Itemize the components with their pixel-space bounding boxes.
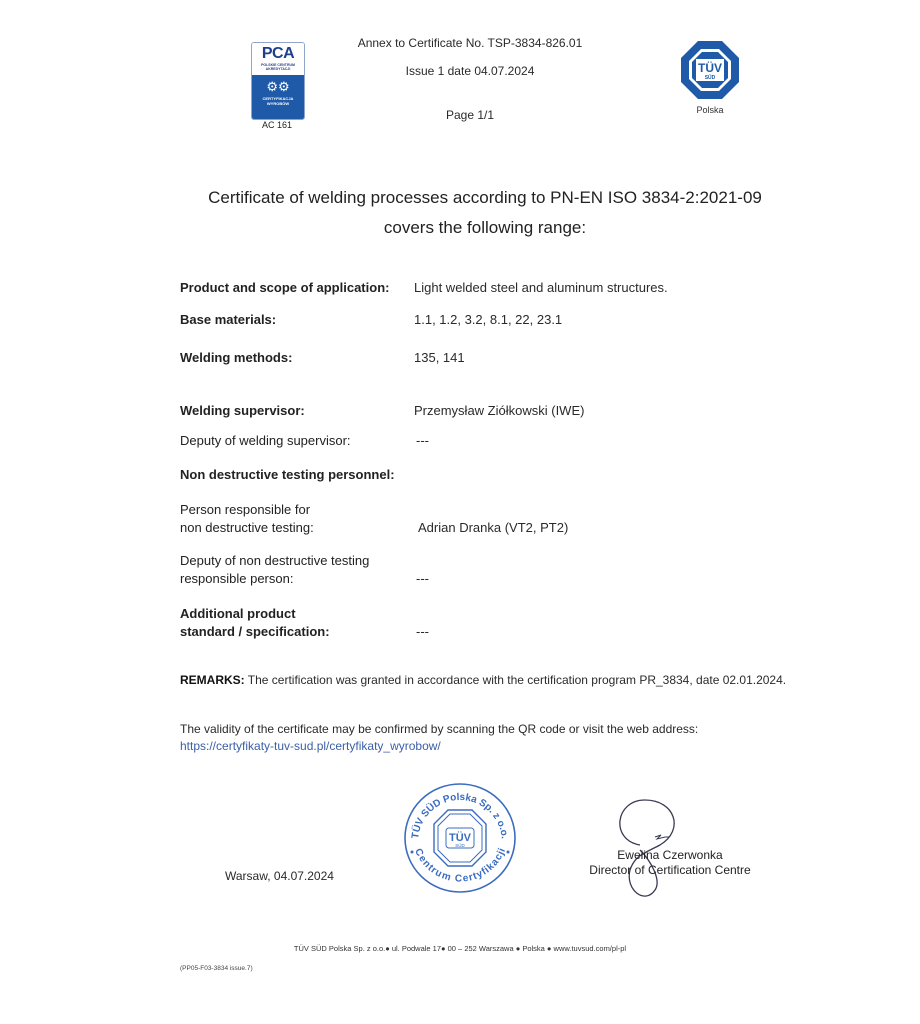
pca-accreditation-code: AC 161 (251, 120, 303, 130)
field-label-deputy-ndt-line1: Deputy of non destructive testing (180, 552, 369, 570)
svg-text:SÜD: SÜD (455, 842, 465, 848)
gears-icon: ⚙⚙ (252, 75, 304, 96)
svg-text:SÜD: SÜD (705, 74, 716, 81)
signatory-title: Director of Certification Centre (570, 863, 770, 878)
field-label-product-scope: Product and scope of application: (180, 279, 389, 297)
tuv-logo-caption: Polska (680, 105, 740, 115)
remarks: REMARKS: The certification was granted i… (180, 673, 786, 687)
field-value-welding-methods: 135, 141 (414, 349, 465, 367)
document-title: Certificate of welding processes accordi… (120, 188, 850, 208)
annex-certificate-number: Annex to Certificate No. TSP-3834-826.01 (300, 36, 640, 50)
validity-text: The validity of the certificate may be c… (180, 721, 698, 738)
remarks-label: REMARKS: (180, 673, 245, 687)
pca-logo-subtitle-2: AKREDYTACJI (252, 67, 304, 71)
signatory-name: Ewelina Czerwonka (570, 848, 770, 863)
footer-address: TÜV SÜD Polska Sp. z o.o.● ul. Podwale 1… (160, 944, 760, 953)
field-label-deputy-ndt-line2: responsible person: (180, 570, 293, 588)
svg-text:TÜV: TÜV (698, 60, 722, 75)
pca-badge-2: WYROBÓW (252, 101, 304, 106)
field-label-additional-standard-line2: standard / specification: (180, 623, 330, 641)
signatory-block: Ewelina Czerwonka Director of Certificat… (570, 848, 770, 878)
section-label-ndt-personnel: Non destructive testing personnel: (180, 466, 395, 484)
field-value-additional-standard: --- (416, 623, 429, 641)
place-and-date: Warsaw, 04.07.2024 (225, 869, 334, 883)
field-label-base-materials: Base materials: (180, 311, 276, 329)
field-value-deputy-welding-supervisor: --- (416, 432, 429, 450)
remarks-text: The certification was granted in accorda… (245, 673, 786, 687)
validity-note: The validity of the certificate may be c… (180, 721, 698, 755)
field-value-ndt-responsible: Adrian Dranka (VT2, PT2) (418, 519, 568, 537)
page-number: Page 1/1 (300, 108, 640, 122)
field-value-product-scope: Light welded steel and aluminum structur… (414, 279, 668, 297)
pca-logo: PCA POLSKIE CENTRUM AKREDYTACJI ⚙⚙ CERTY… (251, 42, 305, 120)
field-value-welding-supervisor: Przemysław Ziółkowski (IWE) (414, 402, 584, 420)
pca-logo-name: PCA (252, 43, 304, 63)
tuv-logo: TÜV SÜD (680, 40, 740, 100)
field-value-deputy-ndt: --- (416, 570, 429, 588)
field-label-welding-supervisor: Welding supervisor: (180, 402, 305, 420)
issue-date: Issue 1 date 04.07.2024 (300, 64, 640, 78)
field-label-welding-methods: Welding methods: (180, 349, 292, 367)
field-label-ndt-responsible-line2: non destructive testing: (180, 519, 314, 537)
field-value-base-materials: 1.1, 1.2, 3.2, 8.1, 22, 23.1 (414, 311, 562, 329)
validity-link[interactable]: https://certyfikaty-tuv-sud.pl/certyfika… (180, 739, 441, 753)
document-subtitle: covers the following range: (120, 218, 850, 238)
field-label-deputy-welding-supervisor: Deputy of welding supervisor: (180, 432, 351, 450)
form-code: (PP05-F03-3834 issue.7) (180, 965, 253, 972)
certification-stamp: TÜV SÜD TÜV SÜD Polska Sp. z o.o. Centru… (400, 780, 520, 895)
field-label-additional-standard-line1: Additional product (180, 605, 296, 623)
field-label-ndt-responsible-line1: Person responsible for (180, 501, 310, 519)
